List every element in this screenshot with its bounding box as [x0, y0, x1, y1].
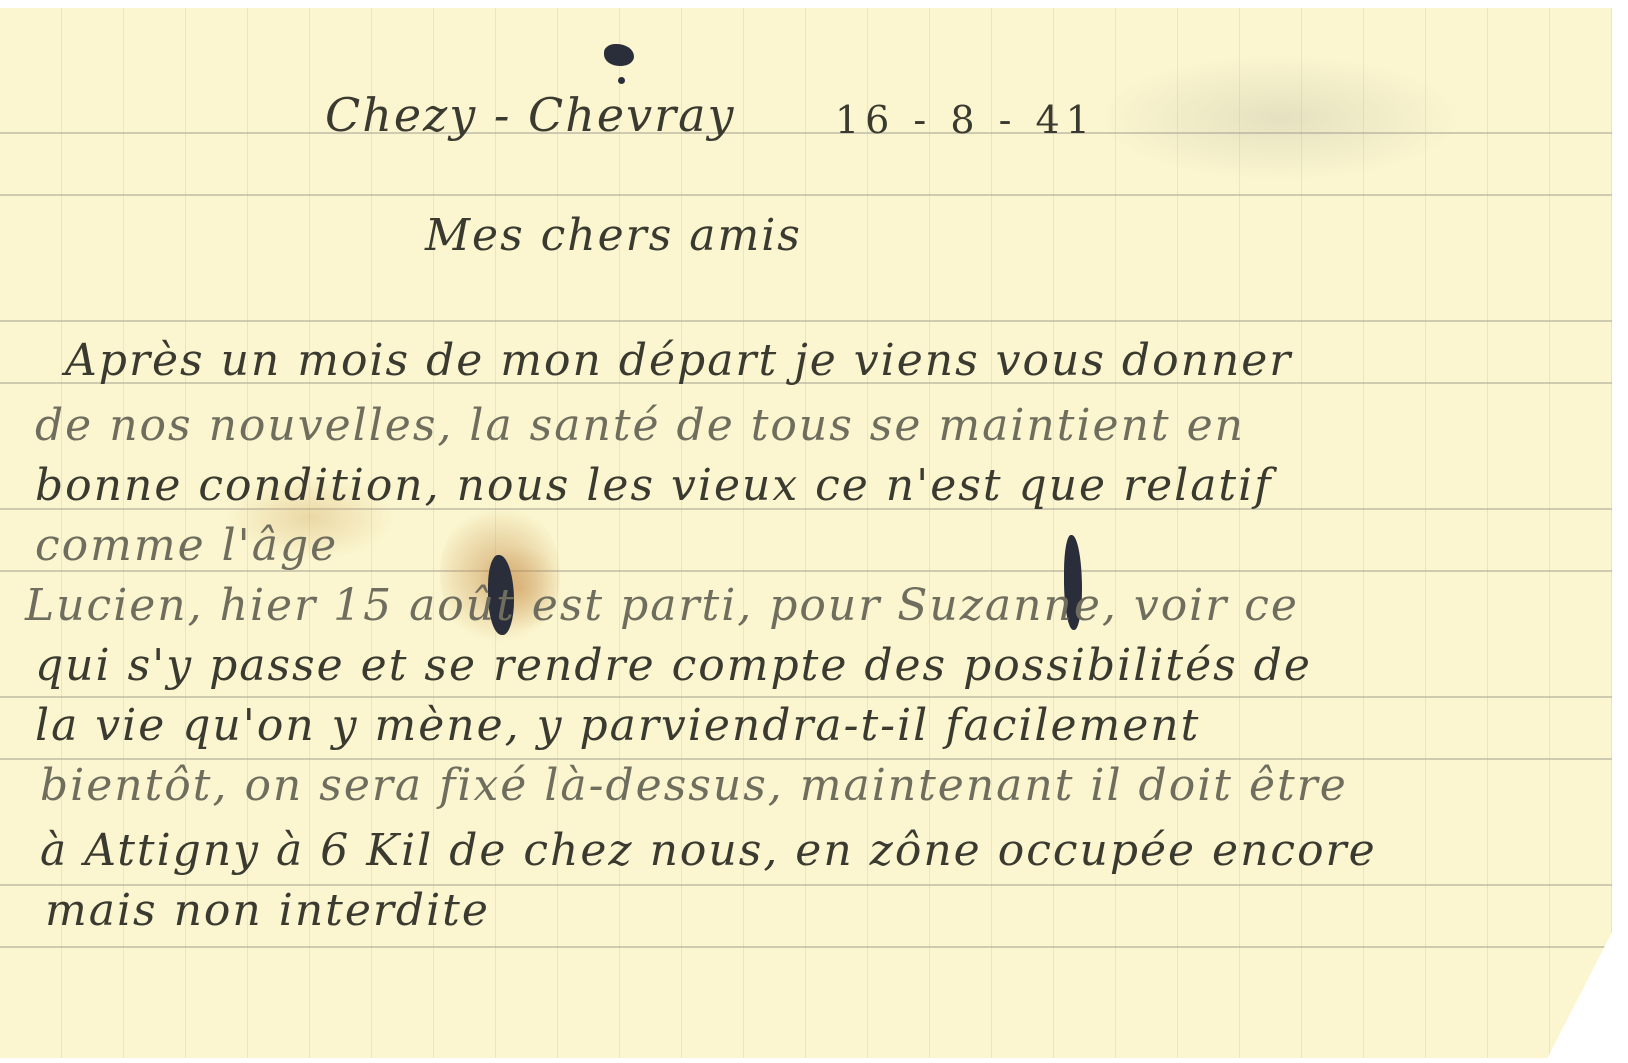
body-line-6: qui s'y passe et se rendre compte des po… [35, 640, 1312, 691]
body-line-9: à Attigny à 6 Kil de chez nous, en zône … [40, 825, 1377, 876]
ink-blot-top [604, 44, 634, 66]
body-line-7: la vie qu'on y mène, y parviendra-t-il f… [35, 700, 1200, 751]
body-line-2: de nos nouvelles, la santé de tous se ma… [35, 400, 1245, 451]
letter-date: 16 - 8 - 41 [835, 98, 1096, 142]
body-line-10: mais non interdite [45, 885, 490, 936]
ink-dot-top [618, 77, 625, 84]
letter-place: Chezy - Chevray [325, 88, 736, 142]
body-line-4: comme l'âge [35, 520, 338, 571]
body-line-5: Lucien, hier 15 août est parti, pour Suz… [25, 580, 1299, 631]
body-line-8: bientôt, on sera fixé là-dessus, mainten… [40, 760, 1348, 811]
body-line-1: Après un mois de mon départ je viens vou… [65, 335, 1292, 386]
body-line-3: bonne condition, nous les vieux ce n'est… [35, 460, 1272, 511]
letter-salutation: Mes chers amis [425, 210, 802, 261]
